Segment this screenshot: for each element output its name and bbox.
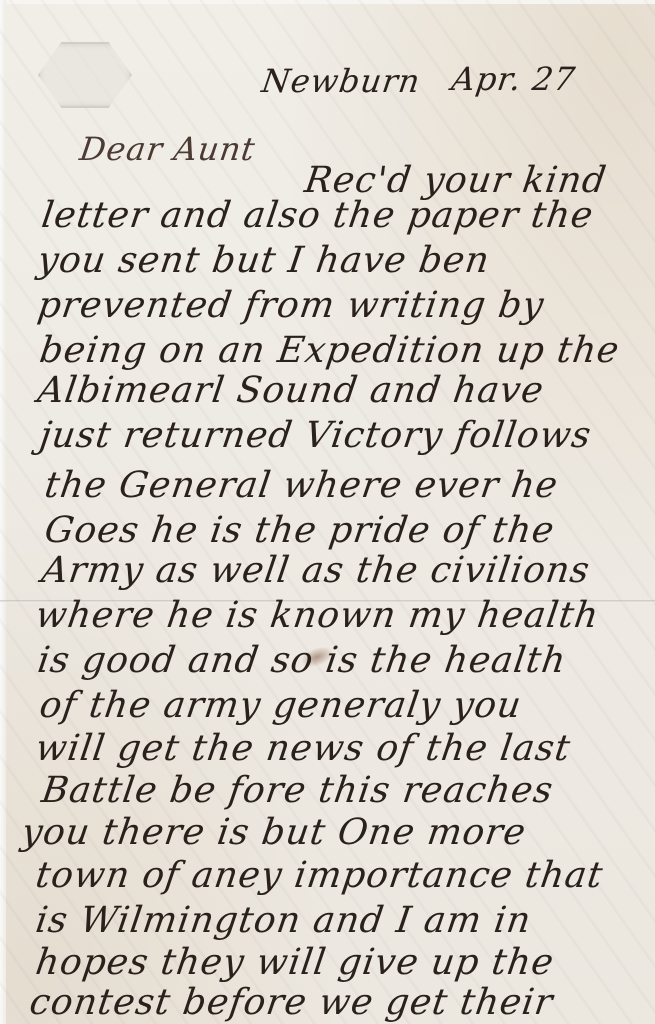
body-line: being on an Expedition up the bbox=[37, 330, 622, 371]
body-line: is good and so is the health bbox=[35, 640, 569, 681]
body-line: you there is but One more bbox=[19, 812, 529, 853]
paper-top-edge bbox=[0, 0, 655, 4]
letter-page: Newburn Apr. 27 Dear Aunt Rec'd your kin… bbox=[0, 0, 655, 1024]
body-line: contest before we get their bbox=[27, 982, 556, 1023]
heading-place: Newburn bbox=[259, 62, 423, 100]
body-line: where he is known my health bbox=[33, 595, 602, 636]
body-line: will get the news of the last bbox=[33, 728, 573, 769]
paper-left-edge bbox=[0, 0, 6, 1024]
body-line: letter and also the paper the bbox=[39, 195, 596, 236]
body-line: the General where ever he bbox=[42, 465, 561, 506]
body-line: Army as well as the civilions bbox=[39, 550, 593, 591]
body-line: Albimearl Sound and have bbox=[35, 370, 547, 411]
body-line: you sent but I have ben bbox=[35, 240, 492, 281]
body-line: town of aney importance that bbox=[33, 855, 606, 896]
body-line: prevented from writing by bbox=[35, 285, 547, 326]
body-line: just returned Victory follows bbox=[37, 415, 594, 456]
body-line: hopes they will give up the bbox=[33, 942, 557, 983]
body-line: of the army generaly you bbox=[37, 685, 524, 726]
body-line: Goes he is the pride of the bbox=[42, 510, 557, 551]
embossed-stamp-icon bbox=[38, 42, 132, 108]
body-line: is Wilmington and I am in bbox=[33, 900, 534, 941]
heading-date: Apr. 27 bbox=[449, 60, 578, 98]
body-line: Battle be fore this reaches bbox=[39, 770, 556, 811]
salutation: Dear Aunt bbox=[77, 130, 258, 168]
